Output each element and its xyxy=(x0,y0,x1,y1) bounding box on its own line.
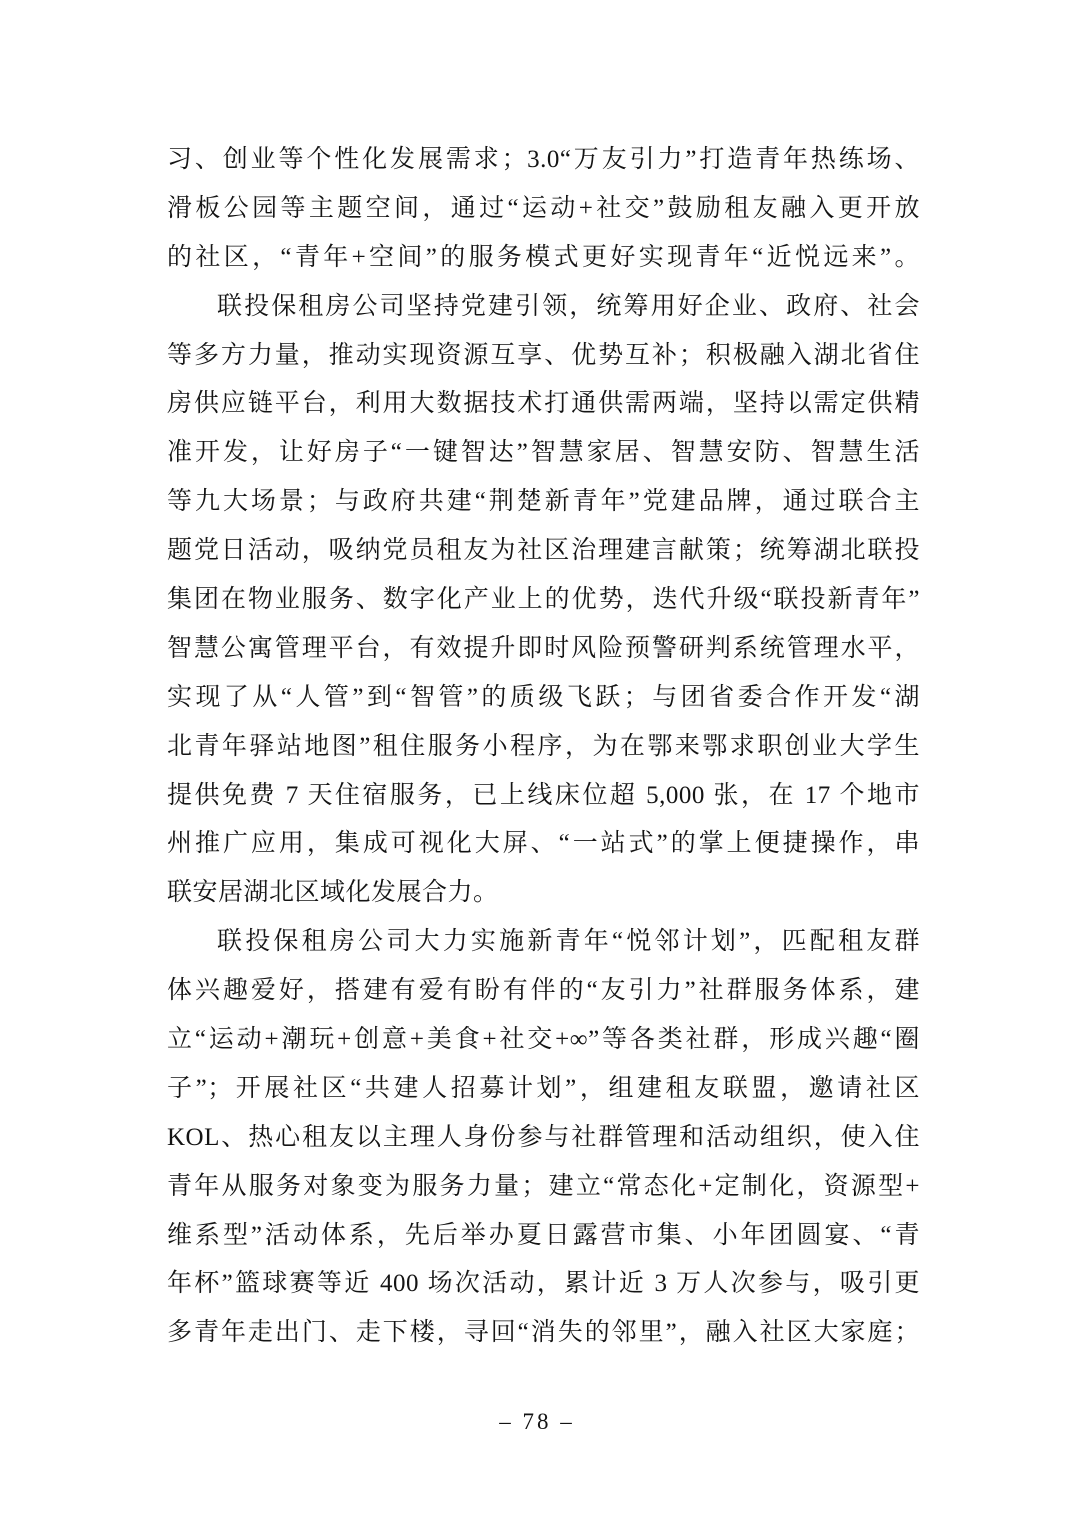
text-line: 联投保租房公司大力实施新青年“悦邻计划”，匹配租友群 xyxy=(167,918,920,967)
text-line: 实现了从“人管”到“智管”的质级飞跃；与团省委合作开发“湖 xyxy=(167,674,920,723)
text-line: 维系型”活动体系，先后举办夏日露营市集、小年团圆宴、“青 xyxy=(167,1212,920,1261)
text-line: 的社区，“青年+空间”的服务模式更好实现青年“近悦远来”。 xyxy=(167,234,920,283)
text-line: 联投保租房公司坚持党建引领，统筹用好企业、政府、社会 xyxy=(167,283,920,332)
text-line: 准开发，让好房子“一键智达”智慧家居、智慧安防、智慧生活 xyxy=(167,429,920,478)
text-block: 习、创业等个性化发展需求；3.0“万友引力”打造青年热练场、 滑板公园等主题空间… xyxy=(167,136,920,1358)
paragraph: 联投保租房公司大力实施新青年“悦邻计划”，匹配租友群 体兴趣爱好，搭建有爱有盼有… xyxy=(167,918,920,1358)
text-line: 年杯”篮球赛等近 400 场次活动，累计近 3 万人次参与，吸引更 xyxy=(167,1260,920,1309)
text-line: 等九大场景；与政府共建“荆楚新青年”党建品牌，通过联合主 xyxy=(167,478,920,527)
text-line: 体兴趣爱好，搭建有爱有盼有伴的“友引力”社群服务体系，建 xyxy=(167,967,920,1016)
text-line: 习、创业等个性化发展需求；3.0“万友引力”打造青年热练场、 xyxy=(167,136,920,185)
text-line: 多青年走出门、走下楼，寻回“消失的邻里”，融入社区大家庭； xyxy=(167,1309,920,1358)
text-line: 房供应链平台，利用大数据技术打通供需两端，坚持以需定供精 xyxy=(167,380,920,429)
page-number: – 78 – xyxy=(0,1406,1074,1438)
text-line: 集团在物业服务、数字化产业上的优势，迭代升级“联投新青年” xyxy=(167,576,920,625)
text-line: 滑板公园等主题空间，通过“运动+社交”鼓励租友融入更开放 xyxy=(167,185,920,234)
text-line: 北青年驿站地图”租住服务小程序，为在鄂来鄂求职创业大学生 xyxy=(167,723,920,772)
paragraph: 联投保租房公司坚持党建引领，统筹用好企业、政府、社会 等多方力量，推动实现资源互… xyxy=(167,283,920,919)
text-line: KOL、热心租友以主理人身份参与社群管理和活动组织，使入住 xyxy=(167,1114,920,1163)
paragraph: 习、创业等个性化发展需求；3.0“万友引力”打造青年热练场、 滑板公园等主题空间… xyxy=(167,136,920,283)
text-line: 题党日活动，吸纳党员租友为社区治理建言献策；统筹湖北联投 xyxy=(167,527,920,576)
text-line: 子”；开展社区“共建人招募计划”，组建租友联盟，邀请社区 xyxy=(167,1065,920,1114)
document-page: 习、创业等个性化发展需求；3.0“万友引力”打造青年热练场、 滑板公园等主题空间… xyxy=(0,0,1074,1520)
text-line: 青年从服务对象变为服务力量；建立“常态化+定制化，资源型+ xyxy=(167,1163,920,1212)
text-line: 智慧公寓管理平台，有效提升即时风险预警研判系统管理水平， xyxy=(167,625,920,674)
text-line: 联安居湖北区域化发展合力。 xyxy=(167,869,920,918)
text-line: 提供免费 7 天住宿服务，已上线床位超 5,000 张，在 17 个地市 xyxy=(167,772,920,821)
text-line: 州推广应用，集成可视化大屏、“一站式”的掌上便捷操作，串 xyxy=(167,820,920,869)
text-line: 等多方力量，推动实现资源互享、优势互补；积极融入湖北省住 xyxy=(167,332,920,381)
text-line: 立“运动+潮玩+创意+美食+社交+∞”等各类社群，形成兴趣“圈 xyxy=(167,1016,920,1065)
